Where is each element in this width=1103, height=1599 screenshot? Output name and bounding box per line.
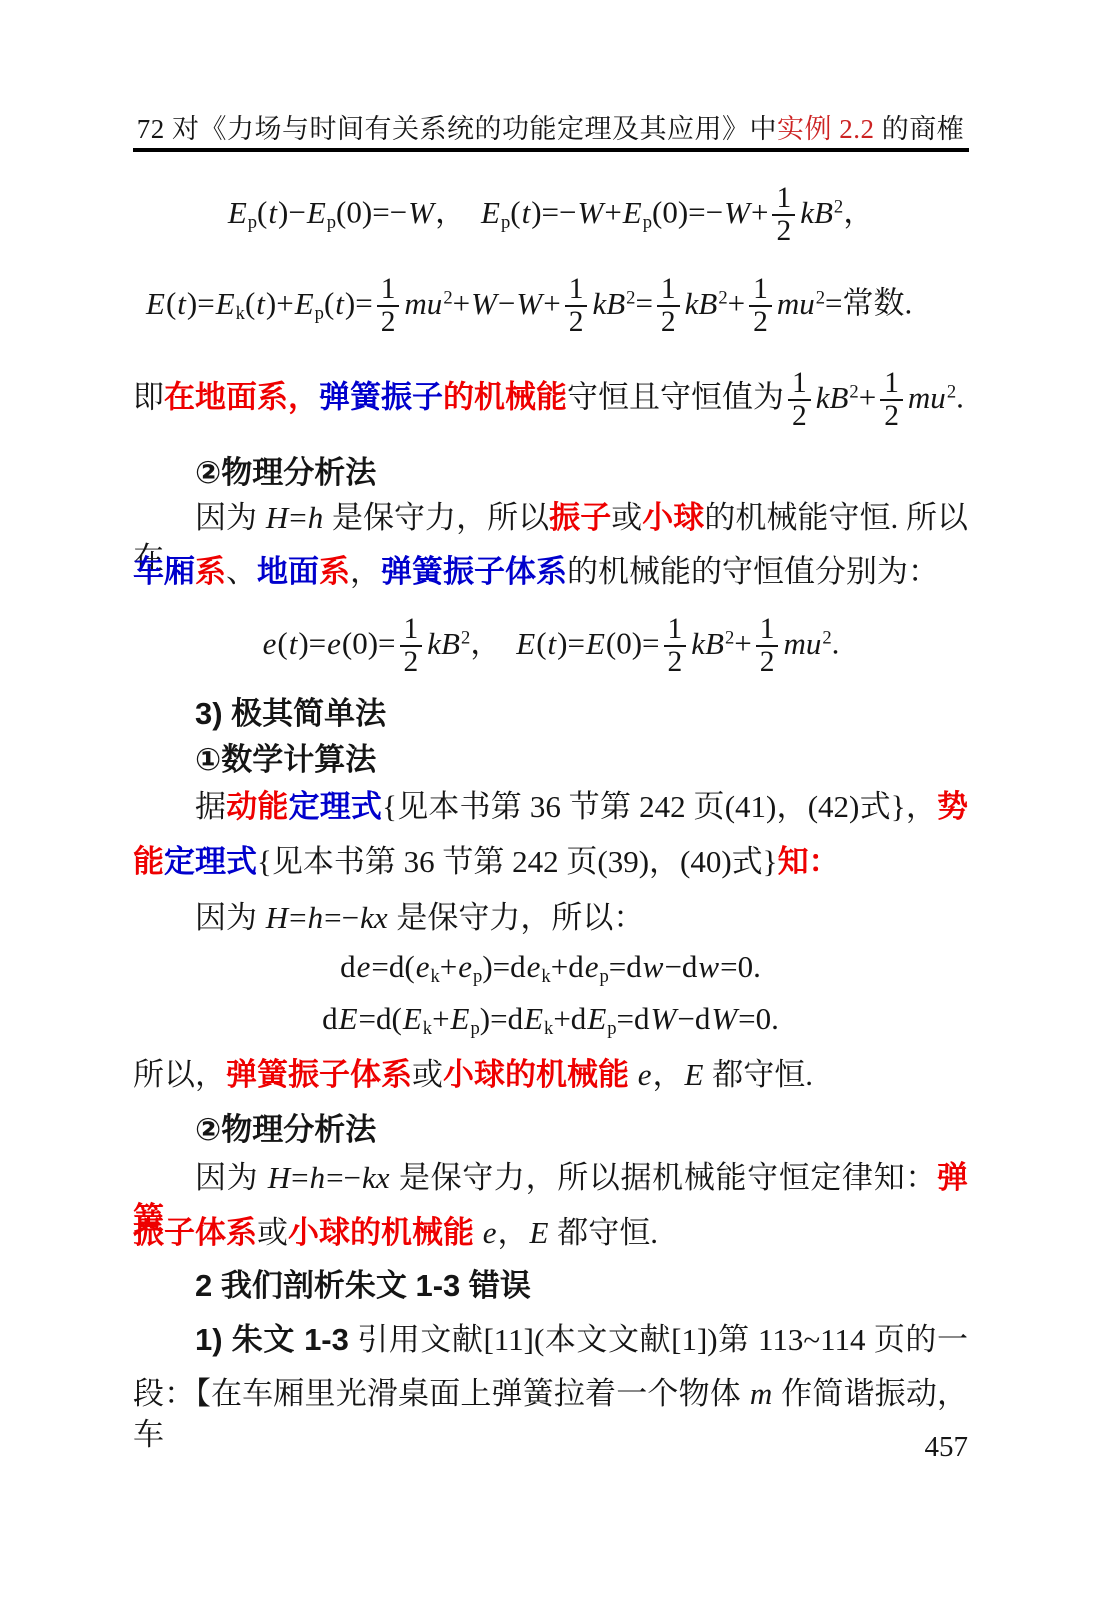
math-var: E xyxy=(338,1001,359,1036)
math-var: t xyxy=(255,286,266,321)
math-var: e xyxy=(457,949,473,984)
fraction-numerator: 1 xyxy=(377,274,400,305)
text-run: 是保守力，所以 xyxy=(324,500,549,535)
math-var: E xyxy=(523,1001,544,1036)
para-conservation-conclusion-1: 所以，弹簧振子体系或小球的机械能 e，E 都守恒. xyxy=(133,1055,968,1096)
fraction-numerator: 1 xyxy=(756,614,779,645)
text-run: −d xyxy=(677,1001,710,1036)
text-run: )− xyxy=(278,195,306,230)
text-run: )=d xyxy=(480,1001,523,1036)
text-run: d xyxy=(322,1001,338,1036)
fraction-numerator: 1 xyxy=(565,274,588,305)
heading-extremely-simple-method: 3) 极其简单法 xyxy=(133,694,968,735)
text-run: + xyxy=(432,1001,449,1036)
text-run: 是保守力，所以据机械能守恒定律知： xyxy=(391,1160,937,1195)
text-run: 都守恒. xyxy=(704,1057,813,1092)
text-run xyxy=(629,1057,637,1092)
text-run: + xyxy=(604,195,621,230)
math-var: E xyxy=(529,1215,550,1250)
text-run: 2 我们剖析朱文 1-3 错误 xyxy=(195,1268,531,1303)
text-run: ， xyxy=(498,1215,529,1250)
math-var: E xyxy=(306,195,327,230)
superscript: 2 xyxy=(834,196,843,217)
math-var: mu xyxy=(403,286,443,321)
text-run: ( xyxy=(510,195,520,230)
superscript: 2 xyxy=(849,381,858,402)
text-run: =d( xyxy=(359,1001,402,1036)
text-run: ( xyxy=(257,195,267,230)
math-var: E xyxy=(480,195,501,230)
text-run: ( xyxy=(324,286,334,321)
text-run: 定理式 xyxy=(164,844,257,879)
text-run: 的机械能 xyxy=(443,380,567,415)
math-var: t xyxy=(176,286,187,321)
text-run: 引用文献[11](本文文献[1])第 113~114 页的一 xyxy=(349,1322,968,1357)
math-var: kB xyxy=(591,286,626,321)
text-run: (0)=− xyxy=(652,195,723,230)
text-run: 实例 2.2 xyxy=(777,114,875,144)
text-run: 弹簧振子 xyxy=(319,380,443,415)
fraction-denominator: 2 xyxy=(788,399,811,432)
math-var: E xyxy=(215,286,236,321)
text-run: = xyxy=(635,286,652,321)
superscript: 2 xyxy=(725,627,734,648)
text-run: 地面 xyxy=(257,554,319,589)
fraction-numerator: 1 xyxy=(880,368,903,399)
math-var: h xyxy=(307,900,325,935)
fraction-denominator: 2 xyxy=(565,305,588,338)
fraction-numerator: 1 xyxy=(657,274,680,305)
text-run: )= xyxy=(345,286,373,321)
math-var: E xyxy=(515,626,536,661)
math-var: w xyxy=(642,949,665,984)
math-var: t xyxy=(334,286,345,321)
text-run: ( xyxy=(536,626,546,661)
math-var: W xyxy=(407,195,435,230)
text-run: =常数. xyxy=(825,286,912,321)
fraction-denominator: 2 xyxy=(772,214,795,247)
text-run: = xyxy=(291,1160,308,1195)
subscript: p xyxy=(501,212,510,233)
page-header: 72 对《力场与时间有关系统的功能定理及其应用》中实例 2.2 的商榷 xyxy=(133,112,968,148)
para-conservative-force-2: 因为 H=h=−kx 是保守力，所以： xyxy=(133,898,968,939)
fraction: 12 xyxy=(657,274,680,338)
text-run: =− xyxy=(326,1160,361,1195)
text-run: 系 xyxy=(195,554,226,589)
text-run: {见本书第 36 节第 242 页(39)，(40)式} xyxy=(257,844,778,879)
math-var: t xyxy=(288,626,299,661)
math-var: W xyxy=(515,286,543,321)
text-run: ， xyxy=(435,195,466,230)
fraction-denominator: 2 xyxy=(400,645,423,678)
math-var: kB xyxy=(815,380,850,415)
math-var: t xyxy=(521,195,532,230)
math-var: e xyxy=(262,626,278,661)
math-var: W xyxy=(576,195,604,230)
text-run: + xyxy=(734,626,751,661)
text-run: 72 对《力场与时间有关系统的功能定理及其应用》中 xyxy=(137,114,777,144)
text-run: + xyxy=(859,380,876,415)
math-var: E xyxy=(145,286,166,321)
superscript: 2 xyxy=(822,627,831,648)
math-var: H xyxy=(265,900,289,935)
text-run: )= xyxy=(557,626,585,661)
text-run: 知： xyxy=(778,844,840,879)
fraction-denominator: 2 xyxy=(377,305,400,338)
text-run: 动能 xyxy=(226,789,288,824)
text-run: ②物理分析法 xyxy=(195,1112,376,1147)
fraction-numerator: 1 xyxy=(749,274,772,305)
math-var: kB xyxy=(684,286,719,321)
text-run: 弹簧振子体系 xyxy=(381,554,567,589)
text-run: 的机械能的守恒值分别为： xyxy=(567,554,939,589)
para-conservation-conclusion-2: 振子体系或小球的机械能 e，E 都守恒. xyxy=(133,1213,968,1254)
text-run: +d xyxy=(551,949,584,984)
text-run: 系 xyxy=(319,554,350,589)
formula-conserved-values: e(t)=e(0)=12kB2，E(t)=E(0)=12kB2+12mu2. xyxy=(133,614,968,678)
fraction-denominator: 2 xyxy=(880,399,903,432)
text-run: = xyxy=(289,900,306,935)
fraction: 12 xyxy=(400,614,423,678)
math-var: W xyxy=(723,195,751,230)
math-var: h xyxy=(309,1160,327,1195)
fraction-denominator: 2 xyxy=(657,305,680,338)
heading-physical-analysis-1: ②物理分析法 xyxy=(133,453,968,494)
text-run: + xyxy=(728,286,745,321)
math-var: W xyxy=(710,1001,738,1036)
text-run: 、 xyxy=(226,554,257,589)
text-run: {见本书第 36 节第 242 页(41)，(42)式}， xyxy=(382,789,937,824)
fraction: 12 xyxy=(565,274,588,338)
text-run: 因为 xyxy=(195,1160,267,1195)
text-run: 1) 朱文 1-3 xyxy=(195,1322,349,1357)
text-run: ( xyxy=(245,286,255,321)
heading-physical-analysis-2: ②物理分析法 xyxy=(133,1110,968,1151)
subscript: p xyxy=(248,212,257,233)
text-run: =d xyxy=(617,1001,650,1036)
header-rule xyxy=(133,148,969,152)
math-var: e xyxy=(637,1057,653,1092)
fraction: 12 xyxy=(749,274,772,338)
subscript: p xyxy=(327,212,336,233)
math-var: mu xyxy=(907,380,947,415)
text-run: 因为 xyxy=(195,500,265,535)
text-run: ， xyxy=(653,1057,684,1092)
fraction-numerator: 1 xyxy=(664,614,687,645)
fraction-denominator: 2 xyxy=(749,305,772,338)
math-var: E xyxy=(622,195,643,230)
math-var: t xyxy=(267,195,278,230)
text-run xyxy=(474,1215,482,1250)
fraction: 12 xyxy=(788,368,811,432)
subscript: p xyxy=(599,966,608,987)
text-run: )+ xyxy=(266,286,294,321)
text-run: =d xyxy=(609,949,642,984)
superscript: 2 xyxy=(461,627,470,648)
text-run: )= xyxy=(298,626,326,661)
text-run: ， xyxy=(470,626,501,661)
math-var: e xyxy=(326,626,342,661)
text-run: 或 xyxy=(412,1057,443,1092)
text-run: )= xyxy=(187,286,215,321)
text-run: ( xyxy=(277,626,287,661)
text-run: 守恒且守恒值为 xyxy=(567,380,784,415)
text-run: =0. xyxy=(738,1001,779,1036)
subscript: p xyxy=(607,1018,616,1039)
document-page: 72 对《力场与时间有关系统的功能定理及其应用》中实例 2.2 的商榷 Ep(t… xyxy=(0,0,1103,1599)
math-var: kB xyxy=(690,626,725,661)
text-run: (0)=− xyxy=(336,195,407,230)
subscript: p xyxy=(643,212,652,233)
text-run: 段：【在车厢里光滑桌面上弹簧拉着一个物体 xyxy=(133,1376,749,1411)
fraction-denominator: 2 xyxy=(756,645,779,678)
fraction: 12 xyxy=(377,274,400,338)
text-run: ①数学计算法 xyxy=(195,742,376,777)
math-var: W xyxy=(470,286,498,321)
fraction-denominator: 2 xyxy=(664,645,687,678)
text-run: 是保守力，所以： xyxy=(389,900,645,935)
text-run: 据 xyxy=(195,789,226,824)
text-run: 小球的机械能 xyxy=(443,1057,629,1092)
text-run: (0)= xyxy=(342,626,396,661)
subscript: k xyxy=(544,1018,553,1039)
formula-differential-small-e: de=d(ek+ep)=dek+dep=dw−dw=0. xyxy=(133,947,968,990)
math-var: e xyxy=(584,949,600,984)
text-run: 小球的机械能 xyxy=(288,1215,474,1250)
fraction-numerator: 1 xyxy=(400,614,423,645)
text-run: )=d xyxy=(482,949,525,984)
text-run: 小球 xyxy=(642,500,704,535)
para-potential-energy-theorem: 能定理式{见本书第 36 节第 242 页(39)，(40)式}知： xyxy=(133,842,968,883)
math-var: E xyxy=(586,1001,607,1036)
fraction: 12 xyxy=(664,614,687,678)
text-run: 能 xyxy=(133,844,164,879)
text-run: =d( xyxy=(371,949,414,984)
text-run: d xyxy=(340,949,356,984)
text-run: 在地面系， xyxy=(164,380,319,415)
text-run: ( xyxy=(166,286,176,321)
math-var: H xyxy=(265,500,289,535)
text-run: ②物理分析法 xyxy=(195,455,376,490)
text-run: )=− xyxy=(531,195,576,230)
text-run: =0. xyxy=(720,949,761,984)
math-var: e xyxy=(482,1215,498,1250)
text-run: 的商榷 xyxy=(875,114,965,144)
fraction: 12 xyxy=(772,183,795,247)
text-run: 都守恒. xyxy=(549,1215,658,1250)
text-run: +d xyxy=(553,1001,586,1036)
math-var: W xyxy=(650,1001,678,1036)
math-var: E xyxy=(227,195,248,230)
math-var: E xyxy=(294,286,315,321)
text-run: 振子体系 xyxy=(133,1215,257,1250)
formula-total-energy: E(t)=Ek(t)+Ep(t)=12mu2+W−W+12kB2=12kB2+1… xyxy=(145,274,968,338)
text-run: 定理式 xyxy=(289,789,383,824)
subscript: k xyxy=(431,966,440,987)
superscript: 2 xyxy=(443,287,452,308)
text-run: 或 xyxy=(611,500,642,535)
superscript: 2 xyxy=(718,287,727,308)
text-run: − xyxy=(498,286,515,321)
text-run: + xyxy=(543,286,560,321)
text-run: . xyxy=(832,626,840,661)
math-var: e xyxy=(526,949,542,984)
text-run: + xyxy=(453,286,470,321)
math-var: kB xyxy=(426,626,461,661)
page-number: 457 xyxy=(133,1428,968,1466)
para-zhu-citation-line-1: 1) 朱文 1-3 引用文献[11](本文文献[1])第 113~114 页的一 xyxy=(133,1320,968,1361)
text-run: 势 xyxy=(937,789,968,824)
formula-potential-energy: Ep(t)−Ep(0)=−W，Ep(t)=−W+Ep(0)=−W+12kB2， xyxy=(133,183,968,247)
text-run: 即 xyxy=(133,380,164,415)
math-var: kx xyxy=(359,900,389,935)
para-kinetic-energy-theorem: 据动能定理式{见本书第 36 节第 242 页(41)，(42)式}，势 xyxy=(133,787,968,828)
math-var: kx xyxy=(361,1160,391,1195)
math-var: H xyxy=(267,1160,291,1195)
math-var: t xyxy=(547,626,558,661)
text-run: −d xyxy=(664,949,697,984)
text-run: 车厢 xyxy=(133,554,195,589)
text-run: ， xyxy=(843,195,874,230)
subscript: p xyxy=(315,303,324,324)
math-var: E xyxy=(684,1057,705,1092)
text-run: . xyxy=(956,380,964,415)
fraction: 12 xyxy=(756,614,779,678)
para-reference-frames: 车厢系、地面系，弹簧振子体系的机械能的守恒值分别为： xyxy=(133,552,968,593)
heading-math-calculation: ①数学计算法 xyxy=(133,740,968,781)
subscript: p xyxy=(470,1018,479,1039)
text-run: =− xyxy=(324,900,359,935)
subscript: p xyxy=(473,966,482,987)
text-run: + xyxy=(751,195,768,230)
text-run: 3) 极其简单法 xyxy=(195,696,386,731)
math-var: kB xyxy=(799,195,834,230)
superscript: 2 xyxy=(947,381,956,402)
math-var: e xyxy=(415,949,431,984)
math-var: h xyxy=(307,500,325,535)
text-run: ， xyxy=(350,554,381,589)
text-run: = xyxy=(289,500,306,535)
math-var: w xyxy=(697,949,720,984)
superscript: 2 xyxy=(816,287,825,308)
math-var: E xyxy=(450,1001,471,1036)
text-run: + xyxy=(440,949,457,984)
text-run: 因为 xyxy=(195,900,265,935)
text-run: (0)= xyxy=(606,626,660,661)
fraction-numerator: 1 xyxy=(772,183,795,214)
math-var: E xyxy=(585,626,606,661)
math-var: mu xyxy=(782,626,822,661)
subscript: k xyxy=(236,303,245,324)
formula-differential-capital-e: dE=d(Ek+Ep)=dEk+dEp=dW−dW=0. xyxy=(133,999,968,1042)
math-var: mu xyxy=(776,286,816,321)
text-run: 振子 xyxy=(549,500,611,535)
fraction-numerator: 1 xyxy=(788,368,811,399)
text-run: 所以， xyxy=(133,1057,226,1092)
math-var: e xyxy=(356,949,372,984)
fraction: 12 xyxy=(880,368,903,432)
text-run: 或 xyxy=(257,1215,288,1250)
subscript: k xyxy=(423,1018,432,1039)
text-run: 弹簧振子体系 xyxy=(226,1057,412,1092)
para-ground-frame-conclusion: 即在地面系，弹簧振子的机械能守恒且守恒值为12kB2+12mu2. xyxy=(133,368,968,432)
math-var: m xyxy=(749,1376,773,1411)
math-var: E xyxy=(402,1001,423,1036)
heading-section-2-analysis: 2 我们剖析朱文 1-3 错误 xyxy=(133,1266,968,1307)
subscript: k xyxy=(541,966,550,987)
